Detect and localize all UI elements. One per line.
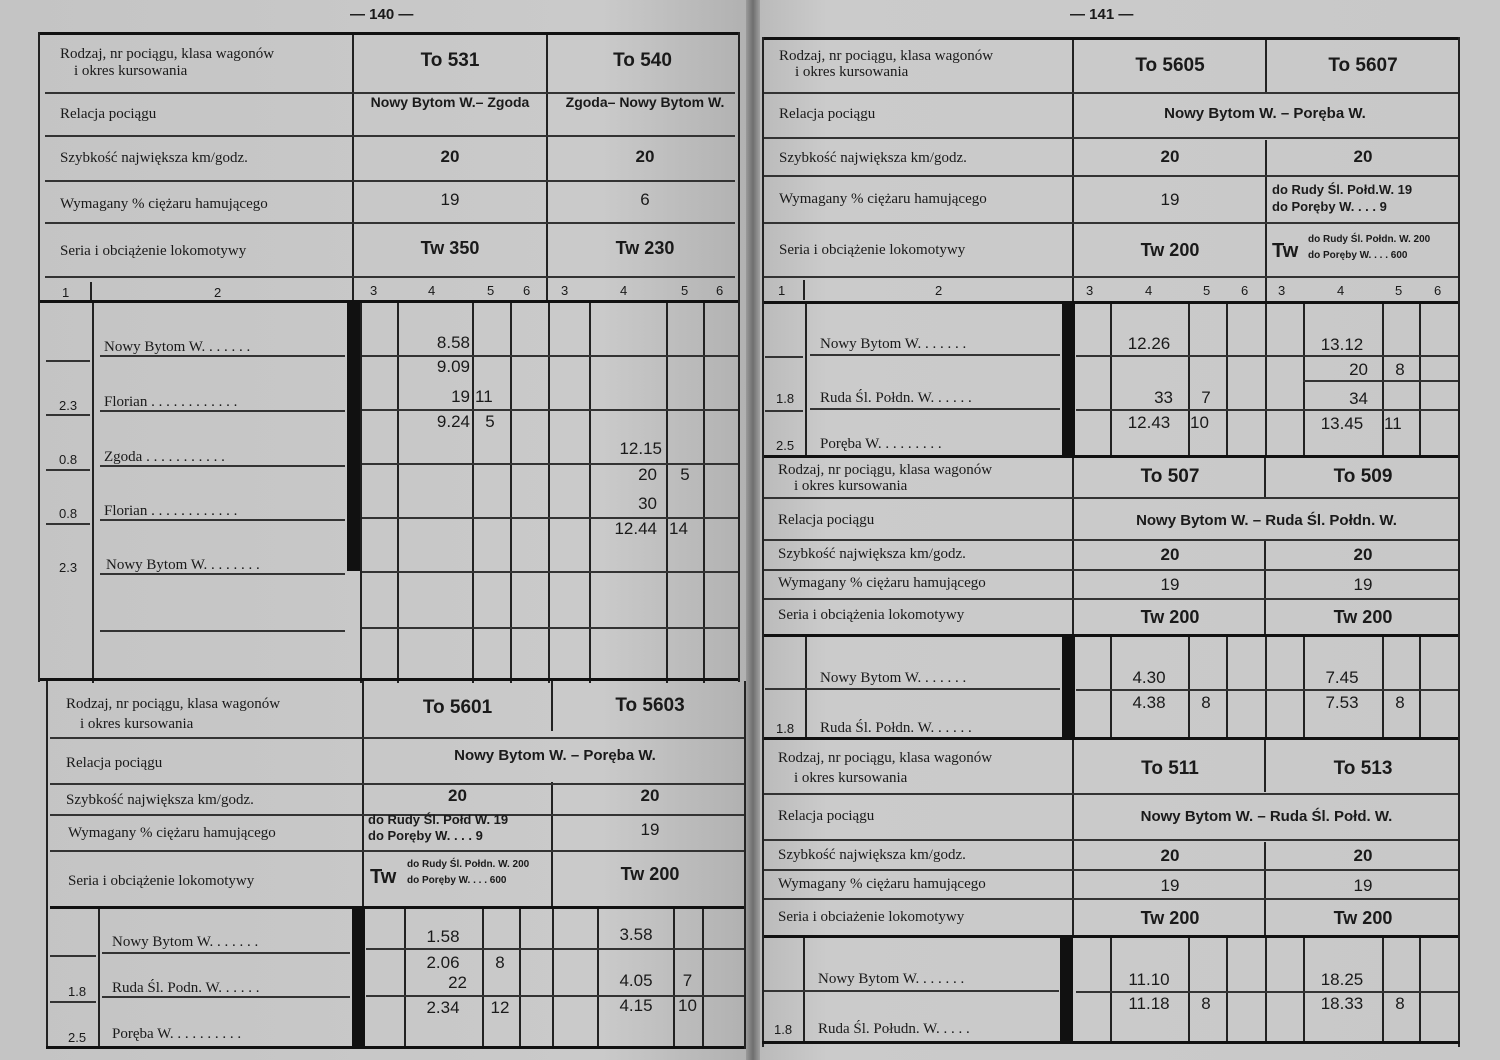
stop-minutes: 5 bbox=[475, 412, 505, 432]
label-kind: Rodzaj, nr pociągu, klasa wagonów bbox=[66, 696, 280, 712]
speed-value: 20 bbox=[1268, 147, 1458, 167]
brake-value: 19 bbox=[555, 820, 745, 840]
time-cell: 9.24 bbox=[400, 412, 470, 432]
station-km: 2.5 bbox=[776, 438, 794, 453]
label-brake: Wymagany % ciężaru hamującego bbox=[68, 825, 276, 841]
time-cell: 18.33 bbox=[1306, 994, 1378, 1014]
page-number-right: — 141 — bbox=[1070, 6, 1133, 23]
stop-minutes: 7 bbox=[1190, 388, 1222, 408]
loco-value-line: do Rudy Śl. Połdn. W. 200 bbox=[1308, 233, 1458, 247]
stop-minutes: 8 bbox=[1190, 693, 1222, 713]
station-name: Nowy Bytom W. . . . . . . bbox=[820, 336, 966, 353]
time-cell: 2.06 bbox=[407, 953, 479, 973]
col-num: 1 bbox=[62, 285, 69, 300]
train-relation: Nowy Bytom W. – Ruda Śl. Połd. W. bbox=[1075, 808, 1458, 825]
train-relation: Nowy Bytom W.– Zgoda bbox=[360, 94, 540, 111]
time-cell: 34 bbox=[1306, 389, 1368, 409]
train-name: To 507 bbox=[1075, 466, 1265, 488]
col-num: 1 bbox=[778, 283, 785, 298]
brake-value-line: do Poręby W. . . . 9 bbox=[1272, 198, 1457, 215]
speed-value: 20 bbox=[555, 786, 745, 806]
label-relation: Relacja pociągu bbox=[778, 512, 874, 528]
train-relation: Nowy Bytom W. – Ruda Śl. Połdn. W. bbox=[1075, 512, 1458, 529]
col-num: 4 bbox=[428, 283, 435, 298]
time-cell: 22 bbox=[407, 973, 467, 993]
station-name: Nowy Bytom W. . . . . . . bbox=[112, 934, 258, 951]
train-name: To 509 bbox=[1268, 466, 1458, 488]
station-name: Nowy Bytom W. . . . . . . . bbox=[106, 557, 260, 574]
label-kind-2: i okres kursowania bbox=[795, 64, 908, 80]
brake-value: 19 bbox=[1268, 876, 1458, 896]
label-relation: Relacja pociągu bbox=[66, 755, 162, 771]
train-name: To 513 bbox=[1268, 758, 1458, 780]
loco-value: Tw 200 bbox=[1268, 908, 1458, 929]
speed-value: 20 bbox=[1075, 846, 1265, 866]
col-num: 6 bbox=[1434, 283, 1441, 298]
stop-minutes: 8 bbox=[484, 953, 516, 973]
time-cell: 12.43 bbox=[1113, 413, 1185, 433]
label-kind: Rodzaj, nr pociągu, klasa wagonów bbox=[778, 462, 992, 478]
time-cell: 20 bbox=[1306, 360, 1368, 380]
loco-value: Tw 200 bbox=[1075, 240, 1265, 261]
time-cell: 8.58 bbox=[400, 333, 470, 353]
station-name: Nowy Bytom W. . . . . . . bbox=[104, 339, 250, 356]
stop-minutes: 14 bbox=[669, 519, 699, 539]
train-name: To 5601 bbox=[365, 697, 550, 719]
col-num: 3 bbox=[370, 283, 377, 298]
label-kind-2: i okres kursowania bbox=[794, 770, 907, 786]
brake-value: 19 bbox=[1075, 876, 1265, 896]
label-relation: Relacja pociągu bbox=[778, 808, 874, 824]
loco-value-line: do Poręby W. . . . 600 bbox=[1308, 249, 1458, 263]
train-name: To 5607 bbox=[1268, 55, 1458, 77]
loco-value: Tw 350 bbox=[360, 238, 540, 259]
label-kind: Rodzaj, nr pociągu, klasa wagonów bbox=[779, 48, 993, 64]
time-cell: 11.18 bbox=[1113, 994, 1185, 1014]
time-cell: 4.05 bbox=[600, 971, 672, 991]
train-relation: Nowy Bytom W. – Poręba W. bbox=[365, 747, 745, 764]
col-num: 3 bbox=[1086, 283, 1093, 298]
time-cell: 7.53 bbox=[1306, 693, 1378, 713]
brake-value: 19 bbox=[1268, 575, 1458, 595]
station-name: Zgoda . . . . . . . . . . . bbox=[104, 449, 225, 466]
stop-minutes: 10 bbox=[675, 996, 700, 1016]
time-cell: 4.30 bbox=[1113, 668, 1185, 688]
label-kind: Rodzaj, nr pociągu, klasa wagonów bbox=[778, 750, 992, 766]
brake-value: 6 bbox=[555, 190, 735, 210]
label-brake: Wymagany % ciężaru hamującego bbox=[60, 196, 268, 212]
col-num: 5 bbox=[1203, 283, 1210, 298]
time-cell: 20 bbox=[592, 465, 657, 485]
time-cell: 7.45 bbox=[1306, 668, 1378, 688]
station-name: Ruda Śl. Połudn. W. . . . . bbox=[818, 1021, 970, 1038]
time-cell: 12.15 bbox=[592, 439, 662, 459]
col-num: 5 bbox=[681, 283, 688, 298]
station-km: 0.8 bbox=[59, 506, 77, 521]
label-relation: Relacja pociągu bbox=[60, 106, 156, 122]
stop-minutes: 8 bbox=[1384, 994, 1416, 1014]
loco-value: Tw 200 bbox=[555, 864, 745, 885]
brake-value-line: do Rudy Śl. Połd W. 19 bbox=[368, 812, 553, 828]
time-cell: 12.26 bbox=[1113, 334, 1185, 354]
station-name: Florian . . . . . . . . . . . . bbox=[104, 503, 237, 520]
label-loco: Seria i obciążenie lokomotywy bbox=[68, 873, 254, 889]
col-num: 3 bbox=[561, 283, 568, 298]
speed-value: 20 bbox=[360, 147, 540, 167]
stop-minutes: 8 bbox=[1384, 693, 1416, 713]
book-gutter bbox=[746, 0, 760, 1060]
station-km: 1.8 bbox=[776, 391, 794, 406]
label-kind: Rodzaj, nr pociągu, klasa wagonów bbox=[60, 46, 274, 62]
stop-minutes: 11 bbox=[475, 387, 505, 407]
label-speed: Szybkość największa km/godz. bbox=[779, 150, 967, 166]
station-km: 1.8 bbox=[774, 1022, 792, 1037]
train-name: To 511 bbox=[1075, 758, 1265, 780]
speed-value: 20 bbox=[1268, 846, 1458, 866]
col-num: 2 bbox=[214, 285, 221, 300]
time-cell: 1.58 bbox=[407, 927, 479, 947]
col-num: 6 bbox=[523, 283, 530, 298]
train-relation: Zgoda– Nowy Bytom W. bbox=[555, 94, 735, 111]
station-km: 2.3 bbox=[59, 398, 77, 413]
label-brake: Wymagany % ciężaru hamującego bbox=[778, 575, 986, 591]
col-num: 5 bbox=[1395, 283, 1402, 298]
label-loco: Seria i obciążenia lokomotywy bbox=[778, 607, 964, 623]
label-kind-2: i okres kursowania bbox=[80, 716, 193, 732]
time-cell: 3.58 bbox=[600, 925, 672, 945]
time-cell: 18.25 bbox=[1306, 970, 1378, 990]
station-name: Nowy Bytom W. . . . . . . bbox=[818, 971, 964, 988]
label-loco: Seria i obciążenie lokomotywy bbox=[779, 242, 965, 258]
col-num: 6 bbox=[1241, 283, 1248, 298]
stop-minutes: 8 bbox=[1190, 994, 1222, 1014]
col-num: 2 bbox=[935, 283, 942, 298]
loco-value-line: do Rudy Śl. Połdn. W. 200 bbox=[407, 858, 552, 872]
loco-value-line: do Poręby W. . . . 600 bbox=[407, 874, 552, 888]
time-cell: 11.10 bbox=[1113, 970, 1185, 990]
loco-value: Tw 200 bbox=[1075, 607, 1265, 628]
label-speed: Szybkość największa km/godz. bbox=[778, 546, 966, 562]
train-name: To 5605 bbox=[1075, 55, 1265, 77]
train-relation: Nowy Bytom W. – Poręba W. bbox=[1075, 105, 1455, 122]
col-num: 4 bbox=[620, 283, 627, 298]
stop-minutes: 5 bbox=[668, 465, 702, 485]
stop-minutes: 8 bbox=[1384, 360, 1416, 380]
label-kind-2: i okres kursowania bbox=[74, 63, 187, 79]
label-brake: Wymagany % ciężaru hamującego bbox=[778, 876, 986, 892]
speed-value: 20 bbox=[1268, 545, 1458, 565]
label-loco: Seria i obciażenie lokomotywy bbox=[778, 909, 964, 925]
time-cell: 4.38 bbox=[1113, 693, 1185, 713]
time-cell: 30 bbox=[592, 494, 657, 514]
station-name: Ruda Śl. Połdn. W. . . . . . bbox=[820, 390, 972, 407]
col-num: 5 bbox=[487, 283, 494, 298]
stop-minutes: 10 bbox=[1190, 413, 1218, 433]
station-km: 1.8 bbox=[68, 984, 86, 999]
station-name: Poręba W. . . . . . . . . bbox=[820, 436, 942, 453]
time-cell: 12.44 bbox=[592, 519, 657, 539]
brake-value: 19 bbox=[360, 190, 540, 210]
brake-value-line: do Rudy Śl. Połd.W. 19 bbox=[1272, 181, 1457, 198]
loco-value: Tw 200 bbox=[1075, 908, 1265, 929]
speed-value: 20 bbox=[555, 147, 735, 167]
page-number-left: — 140 — bbox=[350, 6, 413, 23]
train-name: To 5603 bbox=[555, 695, 745, 717]
label-speed: Szybkość największa km/godz. bbox=[778, 847, 966, 863]
station-name: Ruda Śl. Podn. W. . . . . . bbox=[112, 980, 260, 997]
loco-value: Tw 230 bbox=[555, 238, 735, 259]
brake-value: 19 bbox=[1075, 575, 1265, 595]
label-kind-2: i okres kursowania bbox=[794, 478, 907, 494]
time-cell: 9.09 bbox=[400, 357, 470, 377]
station-km: 2.5 bbox=[68, 1030, 86, 1045]
time-cell: 13.45 bbox=[1306, 414, 1378, 434]
station-name: Ruda Śl. Połdn. W. . . . . . bbox=[820, 720, 972, 737]
col-num: 4 bbox=[1337, 283, 1344, 298]
time-cell: 13.12 bbox=[1306, 335, 1378, 355]
time-cell: 4.15 bbox=[600, 996, 672, 1016]
station-km: 1.8 bbox=[776, 721, 794, 736]
label-relation: Relacja pociągu bbox=[779, 106, 875, 122]
stop-minutes: 12 bbox=[484, 998, 516, 1018]
col-num: 6 bbox=[716, 283, 723, 298]
loco-prefix: Tw bbox=[370, 866, 396, 889]
speed-value: 20 bbox=[1075, 147, 1265, 167]
time-cell: 2.34 bbox=[407, 998, 479, 1018]
col-num: 3 bbox=[1278, 283, 1285, 298]
station-km: 2.3 bbox=[59, 560, 77, 575]
speed-value: 20 bbox=[1075, 545, 1265, 565]
station-name: Poręba W. . . . . . . . . . bbox=[112, 1026, 241, 1043]
label-speed: Szybkość największa km/godz. bbox=[60, 150, 248, 166]
train-name: To 531 bbox=[360, 50, 540, 72]
loco-prefix: Tw bbox=[1272, 240, 1298, 263]
loco-value: Tw 200 bbox=[1268, 607, 1458, 628]
label-brake: Wymagany % ciężaru hamującego bbox=[779, 191, 987, 207]
speed-value: 20 bbox=[365, 786, 550, 806]
time-cell: 19 bbox=[400, 387, 470, 407]
stop-minutes: 11 bbox=[1384, 414, 1412, 434]
station-name: Nowy Bytom W. . . . . . . bbox=[820, 670, 966, 687]
train-name: To 540 bbox=[550, 50, 735, 72]
station-name: Florian . . . . . . . . . . . . bbox=[104, 394, 237, 411]
brake-value-line: do Poręby W. . . . 9 bbox=[368, 828, 553, 844]
station-km: 0.8 bbox=[59, 452, 77, 467]
col-num: 4 bbox=[1145, 283, 1152, 298]
stop-minutes: 7 bbox=[675, 971, 700, 991]
time-cell: 33 bbox=[1113, 388, 1173, 408]
label-loco: Seria i obciążenie lokomotywy bbox=[60, 243, 246, 259]
brake-value: 19 bbox=[1075, 190, 1265, 210]
label-speed: Szybkość największa km/godz. bbox=[66, 792, 254, 808]
